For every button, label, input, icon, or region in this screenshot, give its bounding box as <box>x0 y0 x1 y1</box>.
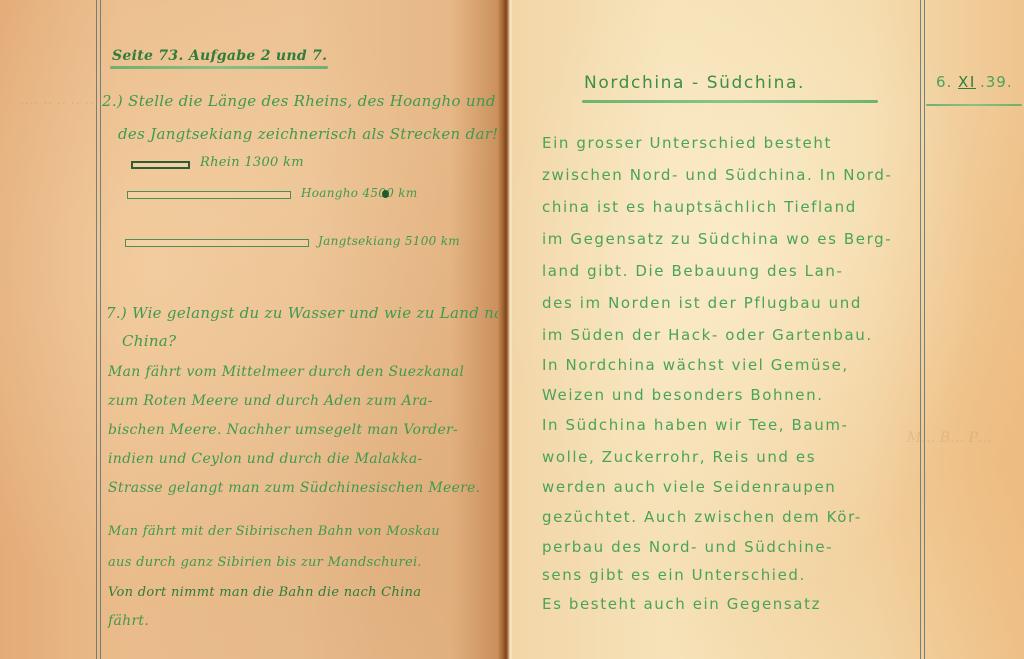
left-margin-rule <box>96 0 101 659</box>
task-7-prompt-line-2: China? <box>122 332 176 350</box>
title-underline <box>582 100 878 103</box>
body-line: gezüchtet. Auch zwischen dem Kör- <box>542 508 862 526</box>
answer-line: zum Roten Meere und durch Aden zum Ara- <box>108 393 433 409</box>
date-year: .39. <box>980 73 1013 91</box>
answer-line: Man fährt mit der Sibirischen Bahn von M… <box>108 524 440 539</box>
task-2-prompt-line-2: des Jangtsekiang zeichnerisch als Streck… <box>118 125 499 143</box>
task-7-prompt-line-1: 7.) Wie gelangst du zu Wasser und wie zu… <box>106 304 522 322</box>
date-day: 6. <box>936 73 952 91</box>
body-line: Weizen und besonders Bohnen. <box>542 386 824 404</box>
ink-blot <box>382 190 389 198</box>
date-underline <box>926 104 1022 106</box>
body-line: perbau des Nord- und Südchine- <box>542 538 833 556</box>
bar-label-jangtsekiang: Jangtsekiang 5100 km <box>318 234 460 248</box>
bar-label-hoangho: Hoangho 4500 km <box>301 186 418 200</box>
right-page: M… B… P… Nordchina - Südchina. 6. XI .39… <box>512 0 1024 659</box>
page-title: Nordchina - Südchina. <box>584 73 805 93</box>
body-line: land gibt. Die Bebauung des Lan- <box>542 262 844 280</box>
answer-line: bischen Meere. Nachher umsegelt man Vord… <box>108 422 458 438</box>
left-page: ‥‥ ‥ ‥ ‥ ‥ Seite 73. Aufgabe 2 und 7. 2.… <box>0 0 500 659</box>
answer-line: aus durch ganz Sibirien bis zur Mandschu… <box>108 555 422 570</box>
body-line: In Nordchina wächst viel Gemüse, <box>542 356 849 374</box>
bleed-through-text: M… B… P… <box>907 430 992 446</box>
bar-label-rhein: Rhein 1300 km <box>200 155 304 170</box>
answer-line: fährt. <box>108 613 149 629</box>
body-line: im Süden der Hack- oder Gartenbau. <box>542 326 873 344</box>
date-month: XI <box>958 73 976 91</box>
answer-line: Man fährt vom Mittelmeer durch den Suezk… <box>108 364 464 380</box>
body-line: china ist es hauptsächlich Tiefland <box>542 198 857 216</box>
body-line: sens gibt es ein Unterschied. <box>542 566 806 584</box>
answer-line: Strasse gelangt man zum Südchinesischen … <box>108 480 481 496</box>
body-line: In Südchina haben wir Tee, Baum- <box>542 416 849 434</box>
body-line: Es besteht auch ein Gegensatz <box>542 595 821 613</box>
header-underline <box>110 66 328 69</box>
open-notebook: ‥‥ ‥ ‥ ‥ ‥ Seite 73. Aufgabe 2 und 7. 2.… <box>0 0 1024 659</box>
answer-line: indien und Ceylon und durch die Malakka- <box>108 451 423 467</box>
body-line: werden auch viele Seidenraupen <box>542 478 836 496</box>
bar-hoangho <box>127 191 291 199</box>
left-page-header: Seite 73. Aufgabe 2 und 7. <box>112 48 327 64</box>
answer-line: Von dort nimmt man die Bahn die nach Chi… <box>108 585 421 600</box>
body-line: wolle, Zuckerrohr, Reis und es <box>542 448 816 466</box>
bar-rhein <box>131 161 190 169</box>
body-line: zwischen Nord- und Südchina. In Nord- <box>542 166 893 184</box>
bar-jangtsekiang <box>125 239 309 247</box>
right-margin-rule <box>920 0 925 659</box>
task-2-prompt-line-1: 2.) Stelle die Länge des Rheins, des Hoa… <box>102 92 496 110</box>
body-line: des im Norden ist der Pflugbau und <box>542 294 862 312</box>
body-line: Ein grosser Unterschied besteht <box>542 134 832 152</box>
bleed-through-text: ‥‥ ‥ ‥ ‥ ‥ <box>20 92 94 108</box>
body-line: im Gegensatz zu Südchina wo es Berg- <box>542 230 892 248</box>
